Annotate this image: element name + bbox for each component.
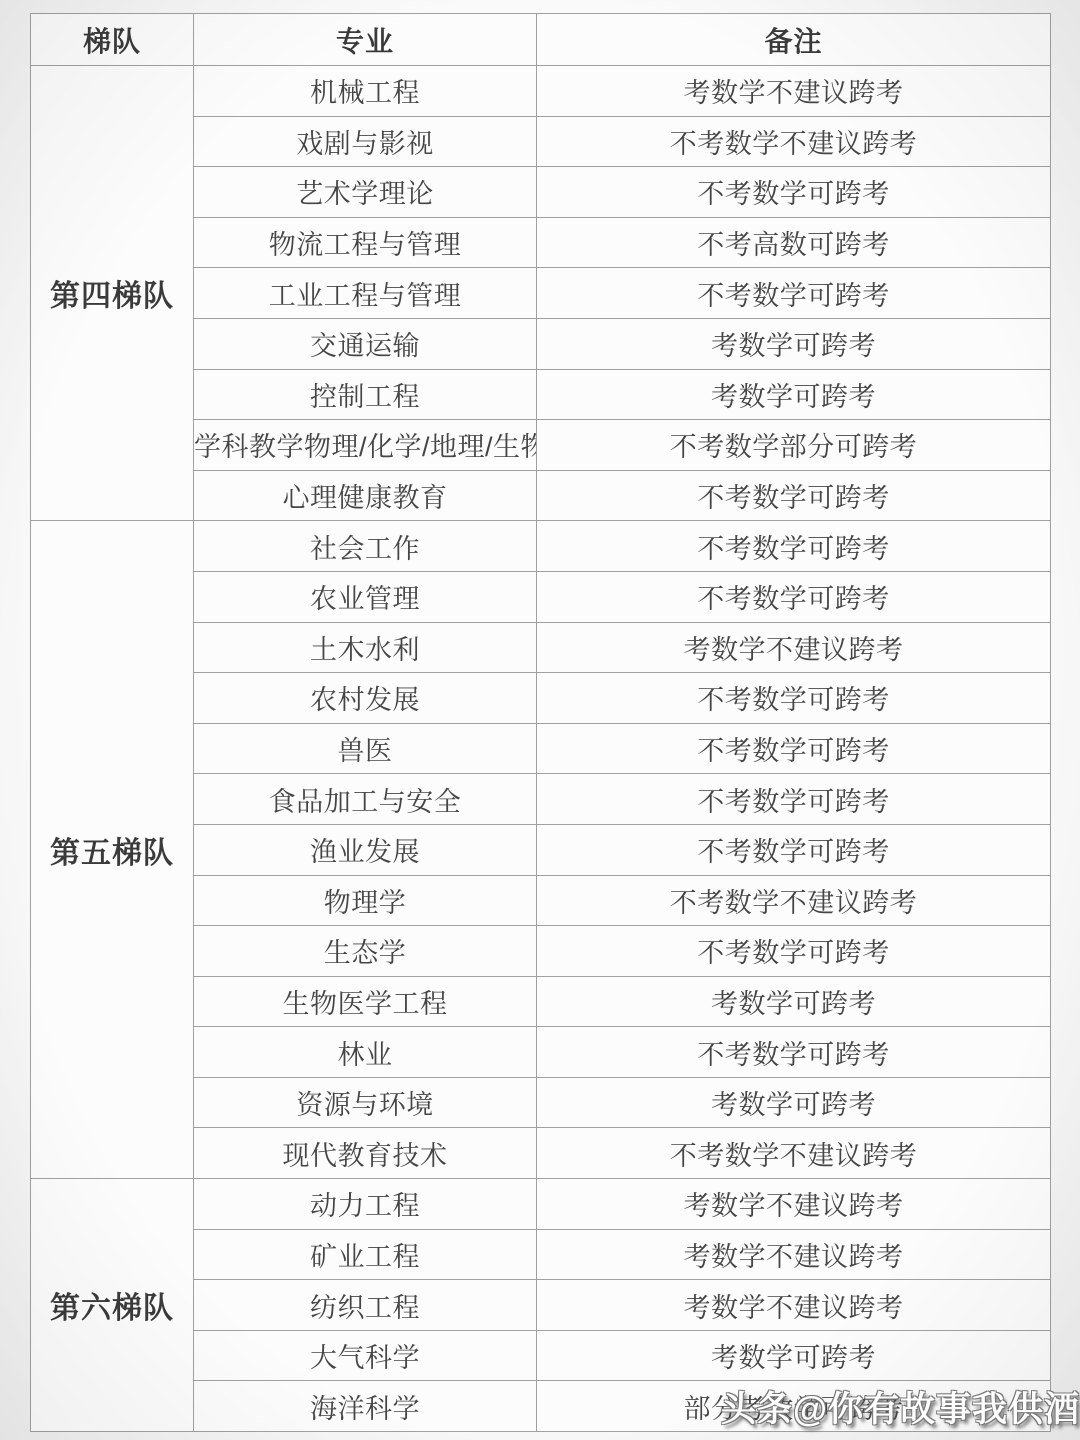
major-cell: 土木水利 xyxy=(194,622,537,673)
major-cell: 林业 xyxy=(194,1027,537,1078)
major-cell: 纺织工程 xyxy=(194,1280,537,1331)
table-header: 梯队 专业 备注 xyxy=(31,14,1051,66)
note-cell: 不考数学部分可跨考 xyxy=(537,420,1051,471)
major-cell: 社会工作 xyxy=(194,521,537,572)
note-cell: 考数学不建议跨考 xyxy=(537,66,1051,117)
note-cell: 不考数学可跨考 xyxy=(537,673,1051,724)
note-cell: 不考数学不建议跨考 xyxy=(537,875,1051,926)
column-header-note: 备注 xyxy=(537,14,1051,66)
tier-major-table: 梯队 专业 备注 第四梯队机械工程考数学不建议跨考戏剧与影视不考数学不建议跨考艺… xyxy=(30,13,1051,1432)
note-cell: 不考数学可跨考 xyxy=(537,926,1051,977)
major-cell: 控制工程 xyxy=(194,369,537,420)
note-cell: 不考高数可跨考 xyxy=(537,217,1051,268)
tier-label: 第五梯队 xyxy=(31,521,194,1179)
note-cell: 不考数学可跨考 xyxy=(537,1027,1051,1078)
major-cell: 矿业工程 xyxy=(194,1229,537,1280)
note-cell: 不考数学可跨考 xyxy=(537,824,1051,875)
note-cell: 不考数学可跨考 xyxy=(537,470,1051,521)
note-cell: 考数学可跨考 xyxy=(537,976,1051,1027)
major-cell: 物流工程与管理 xyxy=(194,217,537,268)
major-cell: 现代教育技术 xyxy=(194,1128,537,1179)
tier-label: 第四梯队 xyxy=(31,66,194,521)
major-cell: 海洋科学 xyxy=(194,1381,537,1432)
note-cell: 考数学不建议跨考 xyxy=(537,1229,1051,1280)
table-body: 第四梯队机械工程考数学不建议跨考戏剧与影视不考数学不建议跨考艺术学理论不考数学可… xyxy=(31,66,1051,1432)
major-cell: 交通运输 xyxy=(194,318,537,369)
column-header-tier: 梯队 xyxy=(31,14,194,66)
major-cell: 渔业发展 xyxy=(194,824,537,875)
table-row: 第六梯队动力工程考数学不建议跨考 xyxy=(31,1179,1051,1230)
note-cell: 考数学可跨考 xyxy=(537,369,1051,420)
major-cell: 食品加工与安全 xyxy=(194,774,537,825)
note-cell: 不考数学可跨考 xyxy=(537,774,1051,825)
table-row: 第四梯队机械工程考数学不建议跨考 xyxy=(31,66,1051,117)
tier-label: 第六梯队 xyxy=(31,1179,194,1432)
major-cell: 农村发展 xyxy=(194,673,537,724)
column-header-major: 专业 xyxy=(194,14,537,66)
major-cell: 大气科学 xyxy=(194,1330,537,1381)
major-cell: 艺术学理论 xyxy=(194,167,537,218)
major-cell: 生物医学工程 xyxy=(194,976,537,1027)
major-cell: 戏剧与影视 xyxy=(194,116,537,167)
major-cell: 学科教学物理/化学/地理/生物 xyxy=(194,420,537,471)
major-cell: 生态学 xyxy=(194,926,537,977)
note-cell: 考数学不建议跨考 xyxy=(537,622,1051,673)
major-cell: 兽医 xyxy=(194,723,537,774)
major-cell: 动力工程 xyxy=(194,1179,537,1230)
note-cell: 不考数学可跨考 xyxy=(537,571,1051,622)
major-cell: 心理健康教育 xyxy=(194,470,537,521)
watermark-text: 头条@你有故事我供酒 xyxy=(721,1382,1080,1432)
note-cell: 考数学可跨考 xyxy=(537,318,1051,369)
note-cell: 考数学不建议跨考 xyxy=(537,1280,1051,1331)
table-row: 第五梯队社会工作不考数学可跨考 xyxy=(31,521,1051,572)
header-row: 梯队 专业 备注 xyxy=(31,14,1051,66)
note-cell: 考数学可跨考 xyxy=(537,1330,1051,1381)
note-cell: 不考数学不建议跨考 xyxy=(537,116,1051,167)
note-cell: 不考数学可跨考 xyxy=(537,268,1051,319)
note-cell: 不考数学不建议跨考 xyxy=(537,1128,1051,1179)
note-cell: 不考数学可跨考 xyxy=(537,723,1051,774)
major-cell: 农业管理 xyxy=(194,571,537,622)
note-cell: 不考数学可跨考 xyxy=(537,167,1051,218)
major-cell: 资源与环境 xyxy=(194,1077,537,1128)
note-cell: 考数学不建议跨考 xyxy=(537,1179,1051,1230)
note-cell: 不考数学可跨考 xyxy=(537,521,1051,572)
major-cell: 工业工程与管理 xyxy=(194,268,537,319)
major-cell: 机械工程 xyxy=(194,66,537,117)
major-cell: 物理学 xyxy=(194,875,537,926)
note-cell: 考数学可跨考 xyxy=(537,1077,1051,1128)
